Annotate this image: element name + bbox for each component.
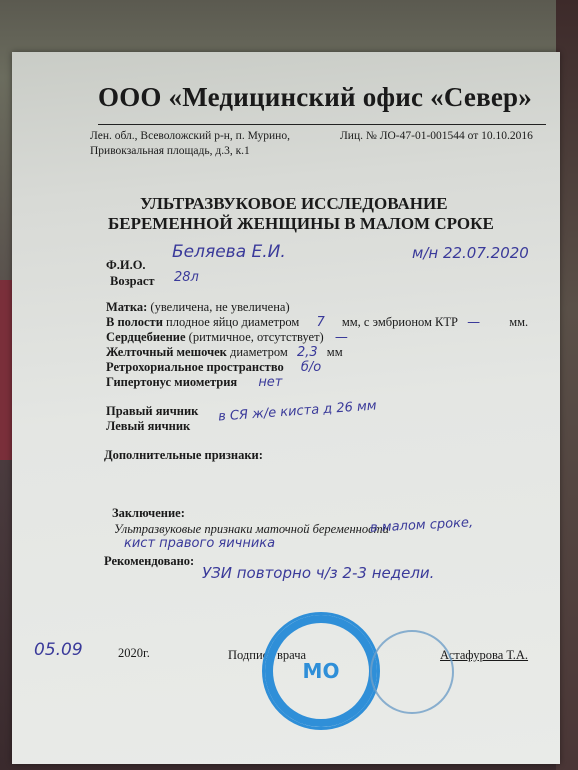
doctor-name: Астафурова Т.А.: [440, 648, 528, 663]
header-rule: [98, 124, 546, 125]
yolk-sac-text: диаметром: [230, 345, 288, 359]
lmp-value: м/н 22.07.2020: [412, 244, 529, 262]
yolk-sac-value: 2,3: [297, 345, 318, 360]
recommendation-value: УЗИ повторно ч/з 2-3 недели.: [202, 564, 434, 582]
fio-label: Ф.И.О.: [106, 258, 146, 273]
address-line-1: Лен. обл., Всеволожский р-н, п. Мурино,: [90, 130, 290, 142]
heartbeat-row: Сердцебиение (ритмичное, отсутствует) —: [106, 330, 348, 345]
hypertonus-row: Гипертонус миометрия нет: [106, 375, 282, 390]
cavity-label: В полости: [106, 315, 163, 329]
retrochorial-row: Ретрохориальное пространство б/о: [106, 360, 321, 375]
heartbeat-value: —: [335, 330, 348, 345]
hypertonus-label: Гипертонус миометрия: [106, 375, 237, 389]
conclusion-label: Заключение:: [112, 506, 185, 521]
doctor-stamp: [370, 630, 454, 714]
year: 2020г.: [118, 646, 150, 661]
fio-value: Беляева Е.И.: [172, 242, 286, 262]
uterus-label: Матка:: [106, 300, 147, 314]
recommendation-label: Рекомендовано:: [104, 554, 194, 569]
heartbeat-label: Сердцебиение: [106, 330, 186, 344]
ktr-value: —: [467, 315, 480, 330]
right-ovary-row: Правый яичник в СЯ ж/е киста д 26 мм: [106, 404, 376, 419]
organization-name: ООО «Медицинский офис «Север»: [98, 82, 532, 113]
uterus-options: (увеличена, не увеличена): [150, 300, 289, 314]
gestational-sac-value: 7: [316, 315, 324, 330]
yolk-sac-row: Желточный мешочек диаметром 2,3 мм: [106, 345, 343, 360]
left-ovary-label: Левый яичник: [106, 419, 190, 434]
uterus-row: Матка: (увеличена, не увеличена): [106, 300, 290, 315]
retrochorial-value: б/о: [301, 360, 321, 375]
date-handwritten: 05.09: [34, 640, 83, 660]
license-number: Лиц. № ЛО-47-01-001544 от 10.10.2016: [340, 130, 533, 142]
clinic-stamp: МО: [262, 612, 380, 730]
heartbeat-text: (ритмичное, отсутствует): [189, 330, 324, 344]
title-line-1: УЛЬТРАЗВУКОВОЕ ИССЛЕДОВАНИЕ: [140, 194, 448, 214]
age-value: 28л: [174, 270, 199, 285]
conclusion-handwritten-2: кист правого яичника: [124, 536, 275, 551]
age-label: Возраст: [110, 274, 155, 289]
ultrasound-report-document: ООО «Медицинский офис «Север» Лен. обл.,…: [12, 52, 560, 764]
conclusion-printed: Ультразвуковые признаки маточной беремен…: [114, 522, 389, 537]
additional-signs-label: Дополнительные признаки:: [104, 448, 263, 463]
hypertonus-value: нет: [258, 375, 282, 390]
cavity-unit: мм, с эмбрионом КТР: [342, 315, 458, 329]
yolk-sac-unit: мм: [327, 345, 343, 359]
address-line-2: Привокзальная площадь, д.3, к.1: [90, 145, 250, 157]
title-line-2: БЕРЕМЕННОЙ ЖЕНЩИНЫ В МАЛОМ СРОКЕ: [108, 214, 494, 234]
cavity-text: плодное яйцо диаметром: [166, 315, 299, 329]
right-ovary-value: в СЯ ж/е киста д 26 мм: [217, 398, 376, 424]
retrochorial-label: Ретрохориальное пространство: [106, 360, 284, 374]
cavity-row: В полости плодное яйцо диаметром 7 мм, с…: [106, 315, 528, 330]
conclusion-handwritten-1: в малом сроке,: [370, 515, 474, 535]
yolk-sac-label: Желточный мешочек: [106, 345, 227, 359]
right-ovary-label: Правый яичник: [106, 404, 198, 418]
stamp-logo-text: МО: [303, 659, 340, 683]
ktr-unit: мм.: [509, 315, 528, 329]
